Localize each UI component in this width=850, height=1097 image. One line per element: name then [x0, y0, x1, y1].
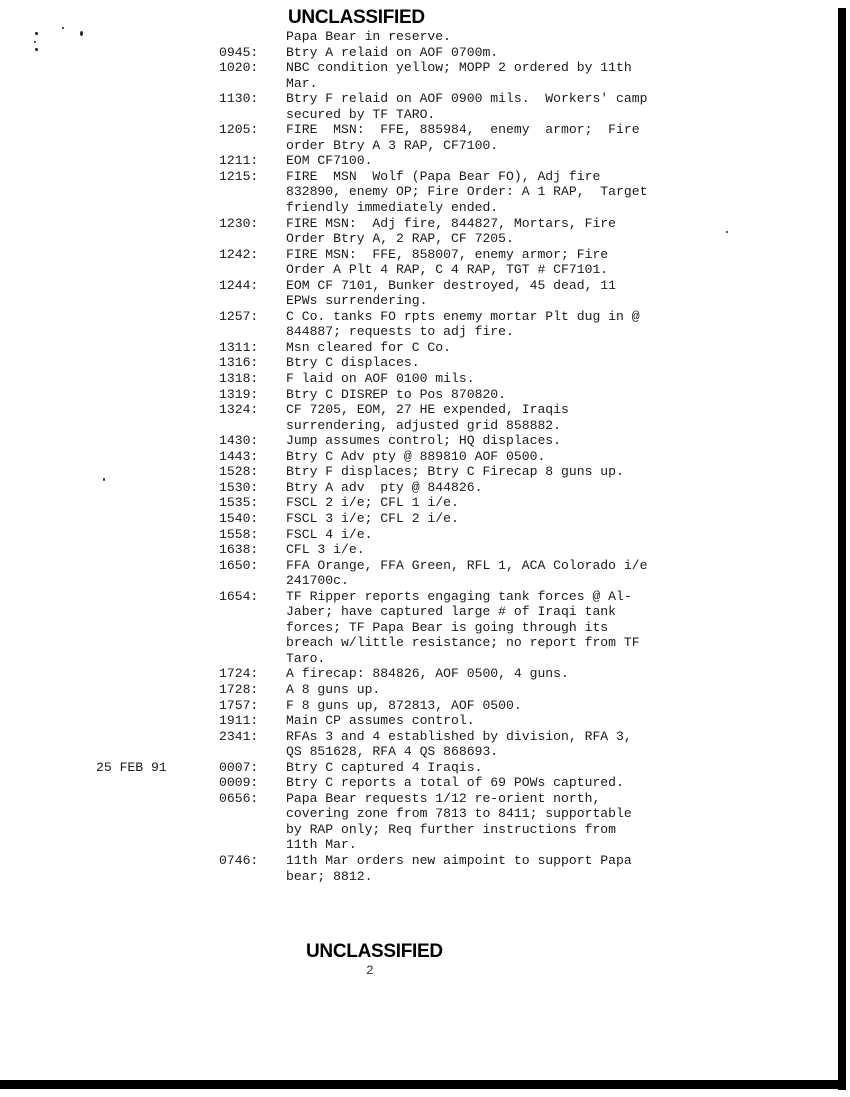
entry-date: [96, 511, 219, 527]
entry-text: EOM CF 7101, Bunker destroyed, 45 dead, …: [286, 278, 756, 294]
entry-time: [219, 620, 286, 636]
log-entry: 0656:Papa Bear requests 1/12 re-orient n…: [96, 791, 756, 807]
log-entry: 1558:FSCL 4 i/e.: [96, 527, 756, 543]
scan-speck: [35, 32, 38, 35]
entry-date: [96, 666, 219, 682]
entry-time: [219, 573, 286, 589]
entry-time: 0007:: [219, 760, 286, 776]
chronology-log: Papa Bear in reserve.0945:Btry A relaid …: [96, 29, 756, 884]
entry-time: 1020:: [219, 60, 286, 76]
entry-time: 1316:: [219, 355, 286, 371]
log-entry: 1911:Main CP assumes control.: [96, 713, 756, 729]
entry-text: 241700c.: [286, 573, 756, 589]
entry-date: [96, 216, 219, 232]
entry-date: [96, 340, 219, 356]
entry-text: FIRE MSN: FFE, 858007, enemy armor; Fire: [286, 247, 756, 263]
entry-text: Mar.: [286, 76, 756, 92]
entry-date: [96, 278, 219, 294]
log-entry: 1230:FIRE MSN: Adj fire, 844827, Mortars…: [96, 216, 756, 232]
entry-text: Btry A relaid on AOF 0700m.: [286, 45, 756, 61]
entry-text: Btry C displaces.: [286, 355, 756, 371]
entry-text: Papa Bear in reserve.: [286, 29, 756, 45]
entry-date: [96, 247, 219, 263]
entry-time: 1638:: [219, 542, 286, 558]
entry-text: FSCL 2 i/e; CFL 1 i/e.: [286, 495, 756, 511]
log-entry: Papa Bear in reserve.: [96, 29, 756, 45]
entry-date: [96, 698, 219, 714]
entry-text: Btry C reports a total of 69 POWs captur…: [286, 775, 756, 791]
entry-time: 1319:: [219, 387, 286, 403]
entry-time: [219, 184, 286, 200]
entry-text: friendly immediately ended.: [286, 200, 756, 216]
log-entry: 1443:Btry C Adv pty @ 889810 AOF 0500.: [96, 449, 756, 465]
entry-time: 1215:: [219, 169, 286, 185]
log-entry: 1638:CFL 3 i/e.: [96, 542, 756, 558]
log-entry: 1430:Jump assumes control; HQ displaces.: [96, 433, 756, 449]
entry-date: [96, 729, 219, 745]
entry-text: Jaber; have captured large # of Iraqi ta…: [286, 604, 756, 620]
log-entry-continuation: 844887; requests to adj fire.: [96, 324, 756, 340]
entry-time: 1530:: [219, 480, 286, 496]
entry-text: C Co. tanks FO rpts enemy mortar Plt dug…: [286, 309, 756, 325]
log-entry: 1530:Btry A adv pty @ 844826.: [96, 480, 756, 496]
entry-date: [96, 355, 219, 371]
log-entry-continuation: Jaber; have captured large # of Iraqi ta…: [96, 604, 756, 620]
scan-speck: [103, 478, 105, 481]
entry-time: [219, 651, 286, 667]
entry-date: [96, 573, 219, 589]
entry-date: [96, 837, 219, 853]
entry-date: [96, 558, 219, 574]
entry-text: bear; 8812.: [286, 869, 756, 885]
entry-text: Papa Bear requests 1/12 re-orient north,: [286, 791, 756, 807]
scan-speck: [35, 48, 38, 51]
log-entry-continuation: breach w/little resistance; no report fr…: [96, 635, 756, 651]
entry-date: [96, 635, 219, 651]
log-entry: 1020:NBC condition yellow; MOPP 2 ordere…: [96, 60, 756, 76]
entry-date: [96, 589, 219, 605]
scan-border-bottom: [0, 1080, 846, 1089]
log-entry: 2341:RFAs 3 and 4 established by divisio…: [96, 729, 756, 745]
entry-text: FIRE MSN Wolf (Papa Bear FO), Adj fire: [286, 169, 756, 185]
entry-date: [96, 418, 219, 434]
entry-text: Order Btry A, 2 RAP, CF 7205.: [286, 231, 756, 247]
entry-time: [219, 200, 286, 216]
entry-date: [96, 107, 219, 123]
entry-text: surrendering, adjusted grid 858882.: [286, 418, 756, 434]
entry-date: [96, 309, 219, 325]
log-entry: 1316:Btry C displaces.: [96, 355, 756, 371]
entry-date: [96, 604, 219, 620]
entry-text: Btry F relaid on AOF 0900 mils. Workers'…: [286, 91, 756, 107]
log-entry-continuation: friendly immediately ended.: [96, 200, 756, 216]
entry-time: [219, 822, 286, 838]
entry-date: [96, 806, 219, 822]
entry-date: [96, 651, 219, 667]
scan-speck: [80, 31, 83, 36]
entry-text: Btry C captured 4 Iraqis.: [286, 760, 756, 776]
entry-date: [96, 480, 219, 496]
log-entry: 1215:FIRE MSN Wolf (Papa Bear FO), Adj f…: [96, 169, 756, 185]
log-entry-continuation: secured by TF TARO.: [96, 107, 756, 123]
entry-text: 11th Mar orders new aimpoint to support …: [286, 853, 756, 869]
scan-speck: [726, 231, 728, 233]
entry-time: 1650:: [219, 558, 286, 574]
entry-time: [219, 293, 286, 309]
entry-date: [96, 60, 219, 76]
entry-text: FSCL 3 i/e; CFL 2 i/e.: [286, 511, 756, 527]
log-entry-continuation: bear; 8812.: [96, 869, 756, 885]
entry-time: [219, 76, 286, 92]
log-entry: 1654:TF Ripper reports engaging tank for…: [96, 589, 756, 605]
log-entry-continuation: order Btry A 3 RAP, CF7100.: [96, 138, 756, 154]
log-entry: 1311:Msn cleared for C Co.: [96, 340, 756, 356]
entry-date: [96, 153, 219, 169]
entry-date: [96, 324, 219, 340]
log-entry: 0945:Btry A relaid on AOF 0700m.: [96, 45, 756, 61]
entry-date: [96, 91, 219, 107]
entry-time: 0746:: [219, 853, 286, 869]
entry-text: 832890, enemy OP; Fire Order: A 1 RAP, T…: [286, 184, 756, 200]
entry-date: [96, 433, 219, 449]
entry-text: NBC condition yellow; MOPP 2 ordered by …: [286, 60, 756, 76]
entry-time: [219, 138, 286, 154]
entry-date: [96, 527, 219, 543]
entry-time: [219, 107, 286, 123]
log-entry-continuation: Order Btry A, 2 RAP, CF 7205.: [96, 231, 756, 247]
entry-text: Btry C DISREP to Pos 870820.: [286, 387, 756, 403]
entry-time: 0945:: [219, 45, 286, 61]
entry-time: 1535:: [219, 495, 286, 511]
entry-time: [219, 262, 286, 278]
entry-time: [219, 635, 286, 651]
scan-speck: [34, 41, 36, 43]
entry-time: 1242:: [219, 247, 286, 263]
log-entry-continuation: 832890, enemy OP; Fire Order: A 1 RAP, T…: [96, 184, 756, 200]
entry-date: [96, 682, 219, 698]
entry-date: [96, 184, 219, 200]
log-entry: 1540:FSCL 3 i/e; CFL 2 i/e.: [96, 511, 756, 527]
entry-time: 1430:: [219, 433, 286, 449]
entry-text: breach w/little resistance; no report fr…: [286, 635, 756, 651]
log-entry-continuation: 11th Mar.: [96, 837, 756, 853]
entry-time: 2341:: [219, 729, 286, 745]
entry-text: Btry C Adv pty @ 889810 AOF 0500.: [286, 449, 756, 465]
entry-date: [96, 620, 219, 636]
entry-date: [96, 29, 219, 45]
entry-text: secured by TF TARO.: [286, 107, 756, 123]
entry-time: 1311:: [219, 340, 286, 356]
entry-date: [96, 76, 219, 92]
entry-date: [96, 387, 219, 403]
entry-text: EPWs surrendering.: [286, 293, 756, 309]
log-entry: 1130:Btry F relaid on AOF 0900 mils. Wor…: [96, 91, 756, 107]
scan-border-right: [838, 8, 846, 1090]
entry-text: F laid on AOF 0100 mils.: [286, 371, 756, 387]
entry-text: A 8 guns up.: [286, 682, 756, 698]
log-entry: 1757:F 8 guns up, 872813, AOF 0500.: [96, 698, 756, 714]
entry-date: [96, 402, 219, 418]
log-entry-continuation: forces; TF Papa Bear is going through it…: [96, 620, 756, 636]
entry-date: [96, 371, 219, 387]
entry-text: FIRE MSN: FFE, 885984, enemy armor; Fire: [286, 122, 756, 138]
log-entry-continuation: Mar.: [96, 76, 756, 92]
entry-date: [96, 822, 219, 838]
entry-time: 1654:: [219, 589, 286, 605]
entry-text: FFA Orange, FFA Green, RFL 1, ACA Colora…: [286, 558, 756, 574]
log-entry-continuation: by RAP only; Req further instructions fr…: [96, 822, 756, 838]
entry-text: FSCL 4 i/e.: [286, 527, 756, 543]
entry-text: Btry A adv pty @ 844826.: [286, 480, 756, 496]
log-entry-continuation: 241700c.: [96, 573, 756, 589]
entry-text: FIRE MSN: Adj fire, 844827, Mortars, Fir…: [286, 216, 756, 232]
entry-time: 1757:: [219, 698, 286, 714]
entry-date: [96, 464, 219, 480]
entry-time: [219, 837, 286, 853]
entry-text: Main CP assumes control.: [286, 713, 756, 729]
log-entry: 1242:FIRE MSN: FFE, 858007, enemy armor;…: [96, 247, 756, 263]
log-entry: 0009:Btry C reports a total of 69 POWs c…: [96, 775, 756, 791]
entry-time: [219, 806, 286, 822]
entry-text: Msn cleared for C Co.: [286, 340, 756, 356]
log-entry: 1205:FIRE MSN: FFE, 885984, enemy armor;…: [96, 122, 756, 138]
entry-text: EOM CF7100.: [286, 153, 756, 169]
entry-time: 1528:: [219, 464, 286, 480]
log-entry-continuation: QS 851628, RFA 4 QS 868693.: [96, 744, 756, 760]
entry-text: CFL 3 i/e.: [286, 542, 756, 558]
log-entry: 1650:FFA Orange, FFA Green, RFL 1, ACA C…: [96, 558, 756, 574]
log-entry: 1211:EOM CF7100.: [96, 153, 756, 169]
entry-date: [96, 231, 219, 247]
page-number: 2: [366, 963, 374, 978]
log-entry: 1528:Btry F displaces; Btry C Firecap 8 …: [96, 464, 756, 480]
log-entry: 0746:11th Mar orders new aimpoint to sup…: [96, 853, 756, 869]
classification-footer: UNCLASSIFIED: [306, 941, 443, 963]
entry-time: [219, 324, 286, 340]
entry-time: 1130:: [219, 91, 286, 107]
log-entry-continuation: Order A Plt 4 RAP, C 4 RAP, TGT # CF7101…: [96, 262, 756, 278]
entry-time: 1558:: [219, 527, 286, 543]
classification-header: UNCLASSIFIED: [288, 7, 425, 29]
entry-time: [219, 744, 286, 760]
scan-speck: [62, 27, 64, 29]
entry-time: [219, 869, 286, 885]
entry-text: Btry F displaces; Btry C Firecap 8 guns …: [286, 464, 756, 480]
entry-text: CF 7205, EOM, 27 HE expended, Iraqis: [286, 402, 756, 418]
entry-date: [96, 293, 219, 309]
log-entry: 1728:A 8 guns up.: [96, 682, 756, 698]
entry-date: [96, 262, 219, 278]
entry-date: [96, 542, 219, 558]
entry-time: [219, 231, 286, 247]
entry-text: F 8 guns up, 872813, AOF 0500.: [286, 698, 756, 714]
entry-date: [96, 200, 219, 216]
entry-time: 1230:: [219, 216, 286, 232]
entry-date: [96, 713, 219, 729]
entry-time: 1257:: [219, 309, 286, 325]
log-entry: 1324:CF 7205, EOM, 27 HE expended, Iraqi…: [96, 402, 756, 418]
entry-time: 1324:: [219, 402, 286, 418]
entry-text: 844887; requests to adj fire.: [286, 324, 756, 340]
log-entry: 1244:EOM CF 7101, Bunker destroyed, 45 d…: [96, 278, 756, 294]
document-page: UNCLASSIFIED Papa Bear in reserve.0945:B…: [0, 0, 850, 1097]
log-entry: 25 FEB 910007:Btry C captured 4 Iraqis.: [96, 760, 756, 776]
entry-text: Jump assumes control; HQ displaces.: [286, 433, 756, 449]
entry-text: covering zone from 7813 to 8411; support…: [286, 806, 756, 822]
entry-date: [96, 791, 219, 807]
entry-time: 1205:: [219, 122, 286, 138]
entry-text: RFAs 3 and 4 established by division, RF…: [286, 729, 756, 745]
log-entry: 1257:C Co. tanks FO rpts enemy mortar Pl…: [96, 309, 756, 325]
entry-text: Order A Plt 4 RAP, C 4 RAP, TGT # CF7101…: [286, 262, 756, 278]
entry-time: 1540:: [219, 511, 286, 527]
entry-text: forces; TF Papa Bear is going through it…: [286, 620, 756, 636]
entry-time: 1318:: [219, 371, 286, 387]
entry-time: 1911:: [219, 713, 286, 729]
entry-date: [96, 169, 219, 185]
log-entry-continuation: Taro.: [96, 651, 756, 667]
entry-date: [96, 449, 219, 465]
entry-time: [219, 418, 286, 434]
entry-date: 25 FEB 91: [96, 760, 219, 776]
entry-time: 1443:: [219, 449, 286, 465]
log-entry-continuation: surrendering, adjusted grid 858882.: [96, 418, 756, 434]
entry-date: [96, 45, 219, 61]
log-entry-continuation: EPWs surrendering.: [96, 293, 756, 309]
entry-time: 1724:: [219, 666, 286, 682]
log-entry: 1319:Btry C DISREP to Pos 870820.: [96, 387, 756, 403]
log-entry: 1318:F laid on AOF 0100 mils.: [96, 371, 756, 387]
entry-text: by RAP only; Req further instructions fr…: [286, 822, 756, 838]
entry-date: [96, 869, 219, 885]
entry-text: A firecap: 884826, AOF 0500, 4 guns.: [286, 666, 756, 682]
entry-date: [96, 138, 219, 154]
entry-date: [96, 775, 219, 791]
entry-date: [96, 495, 219, 511]
entry-time: 1728:: [219, 682, 286, 698]
entry-time: 0009:: [219, 775, 286, 791]
entry-time: 0656:: [219, 791, 286, 807]
entry-time: [219, 29, 286, 45]
entry-text: order Btry A 3 RAP, CF7100.: [286, 138, 756, 154]
entry-date: [96, 853, 219, 869]
entry-time: 1211:: [219, 153, 286, 169]
entry-date: [96, 744, 219, 760]
entry-text: TF Ripper reports engaging tank forces @…: [286, 589, 756, 605]
entry-date: [96, 122, 219, 138]
log-entry: 1535:FSCL 2 i/e; CFL 1 i/e.: [96, 495, 756, 511]
log-entry-continuation: covering zone from 7813 to 8411; support…: [96, 806, 756, 822]
log-entry: 1724:A firecap: 884826, AOF 0500, 4 guns…: [96, 666, 756, 682]
entry-time: 1244:: [219, 278, 286, 294]
entry-text: QS 851628, RFA 4 QS 868693.: [286, 744, 756, 760]
entry-text: 11th Mar.: [286, 837, 756, 853]
entry-text: Taro.: [286, 651, 756, 667]
entry-time: [219, 604, 286, 620]
